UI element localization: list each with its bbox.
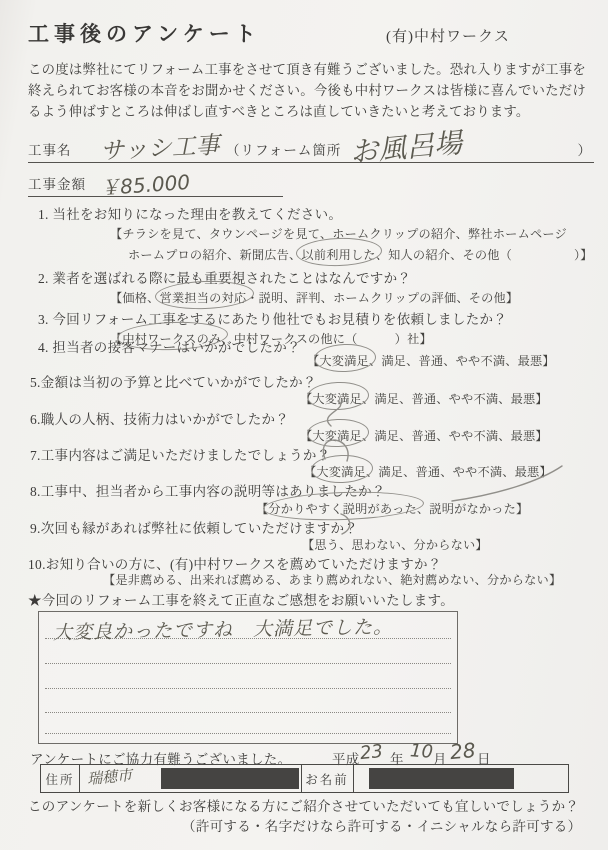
date-year-handwritten: 23 <box>359 741 384 764</box>
question-7-options: 【大変満足、満足、普通、やや不満、最悪】 <box>304 463 552 480</box>
comment-line <box>45 688 451 689</box>
intro-text: この度は弊社にてリフォーム工事をさせて頂き有難うございました。恐れ入りますが工事… <box>28 59 586 122</box>
comment-value-handwritten: 大変良かったですね 大満足でした。 <box>53 612 393 645</box>
permission-options: （許可する・名字だけなら許可する・イニシャルなら許可する） <box>182 815 581 835</box>
project-name-value-handwritten: サッシ工事 <box>99 125 220 166</box>
company-name: (有)中村ワークス <box>386 25 510 46</box>
question-9-options: 【思う、思わない、分からない】 <box>302 536 488 553</box>
project-amount-row: 工事金額 ￥85.000 <box>28 170 283 197</box>
question-1-options-line1: 【チラシを見て、タウンページを見て、ホームクリップの紹介、弊社ホームページ <box>110 225 567 242</box>
info-table: 住所 瑞穂市 お名前 <box>40 764 569 793</box>
question-5: 5.金額は当初の予算と比べていかがでしたか？ <box>30 371 317 391</box>
question-4: 4. 担当者の接客マナーはいかがでしたか？ <box>38 336 301 356</box>
circled-answer-q4: 大変満足 <box>319 352 369 369</box>
circled-answer-q8: 分かりやすく説明があった <box>268 500 417 517</box>
survey-document: 工事後のアンケート (有)中村ワークス この度は弊社にてリフォーム工事をさせて頂… <box>0 0 608 850</box>
circled-answer-q2: 営業担当の対応 <box>160 289 247 306</box>
date-day-handwritten: 28 <box>449 738 476 764</box>
question-6-options: 【大変満足、満足、普通、やや不満、最悪】 <box>300 427 548 444</box>
question-2: 2. 業者を選ばれる際に最も重要視されたことはなんですか？ <box>38 267 411 287</box>
comment-line <box>45 733 451 734</box>
address-label: 住所 <box>41 765 79 792</box>
name-label: お名前 <box>301 765 353 792</box>
reform-area-label: （リフォーム箇所 <box>226 139 341 159</box>
question-2-options: 【価格、営業担当の対応・説明、評判、ホームクリップの評価、その他】 <box>110 289 518 306</box>
comment-box: 大変良かったですね 大満足でした。 <box>38 611 458 744</box>
circled-answer-q5: 大変満足 <box>312 390 362 407</box>
question-4-options: 【大変満足、満足、普通、やや不満、最悪】 <box>307 352 555 369</box>
project-name-row: 工事名 サッシ工事 （リフォーム箇所 お風呂場 ） <box>28 132 594 163</box>
comment-prompt: ★今回のリフォーム工事を終えて正直なご感想をお願いいたします。 <box>28 589 454 609</box>
project-name-label: 工事名 <box>28 139 72 159</box>
project-amount-label: 工事金額 <box>28 173 86 193</box>
address-value-handwritten: 瑞穂市 <box>86 764 133 789</box>
project-amount-value-handwritten: ￥85.000 <box>99 166 191 201</box>
question-10: 10.お知り合いの方に、(有)中村ワークスを薦めていただけますか？ <box>28 553 442 573</box>
address-redaction-bar <box>161 768 299 789</box>
question-8-options: 【分かりやすく説明があった、説明がなかった】 <box>256 500 528 517</box>
date-month-handwritten: 10 <box>409 740 433 763</box>
circled-answer-q7: 大変満足 <box>316 463 366 480</box>
question-5-options: 【大変満足、満足、普通、やや不満、最悪】 <box>300 390 548 407</box>
question-1-options-line2: ホームプロの紹介、新聞広告、以前利用した、知人の紹介、その他（ ）】 <box>128 246 593 263</box>
reform-area-value-handwritten: お風呂場 <box>348 121 463 171</box>
reform-area-close-paren: ） <box>578 139 593 159</box>
permission-question: このアンケートを新しくお客様になる方にご紹介させていただいても宜しいでしょうか？ <box>28 795 579 815</box>
question-1: 1. 当社をお知りになった理由を教えてください。 <box>38 203 342 223</box>
circled-answer-q6: 大変満足 <box>312 427 362 444</box>
comment-line <box>45 712 451 713</box>
comment-line <box>45 663 451 664</box>
question-10-options: 【是非薦める、出来れば薦める、あまり薦めれない、絶対薦めない、分からない】 <box>103 571 561 588</box>
question-9: 9.次回も縁があれば弊社に依頼していただけますか？ <box>30 517 358 537</box>
circled-answer-q1: 以前利用した <box>301 246 375 263</box>
question-6: 6.職人の人柄、技術力はいかがでしたか？ <box>30 408 289 428</box>
question-7: 7.工事内容はご満足いただけましたでしょうか？ <box>30 444 331 464</box>
page-title: 工事後のアンケート <box>28 18 261 48</box>
question-8: 8.工事中、担当者から工事内容の説明等はありましたか？ <box>30 480 386 500</box>
question-3: 3. 今回リフォーム工事をするにあたり他社でもお見積りを依頼しましたか？ <box>38 308 507 328</box>
name-redaction-bar <box>369 768 514 789</box>
